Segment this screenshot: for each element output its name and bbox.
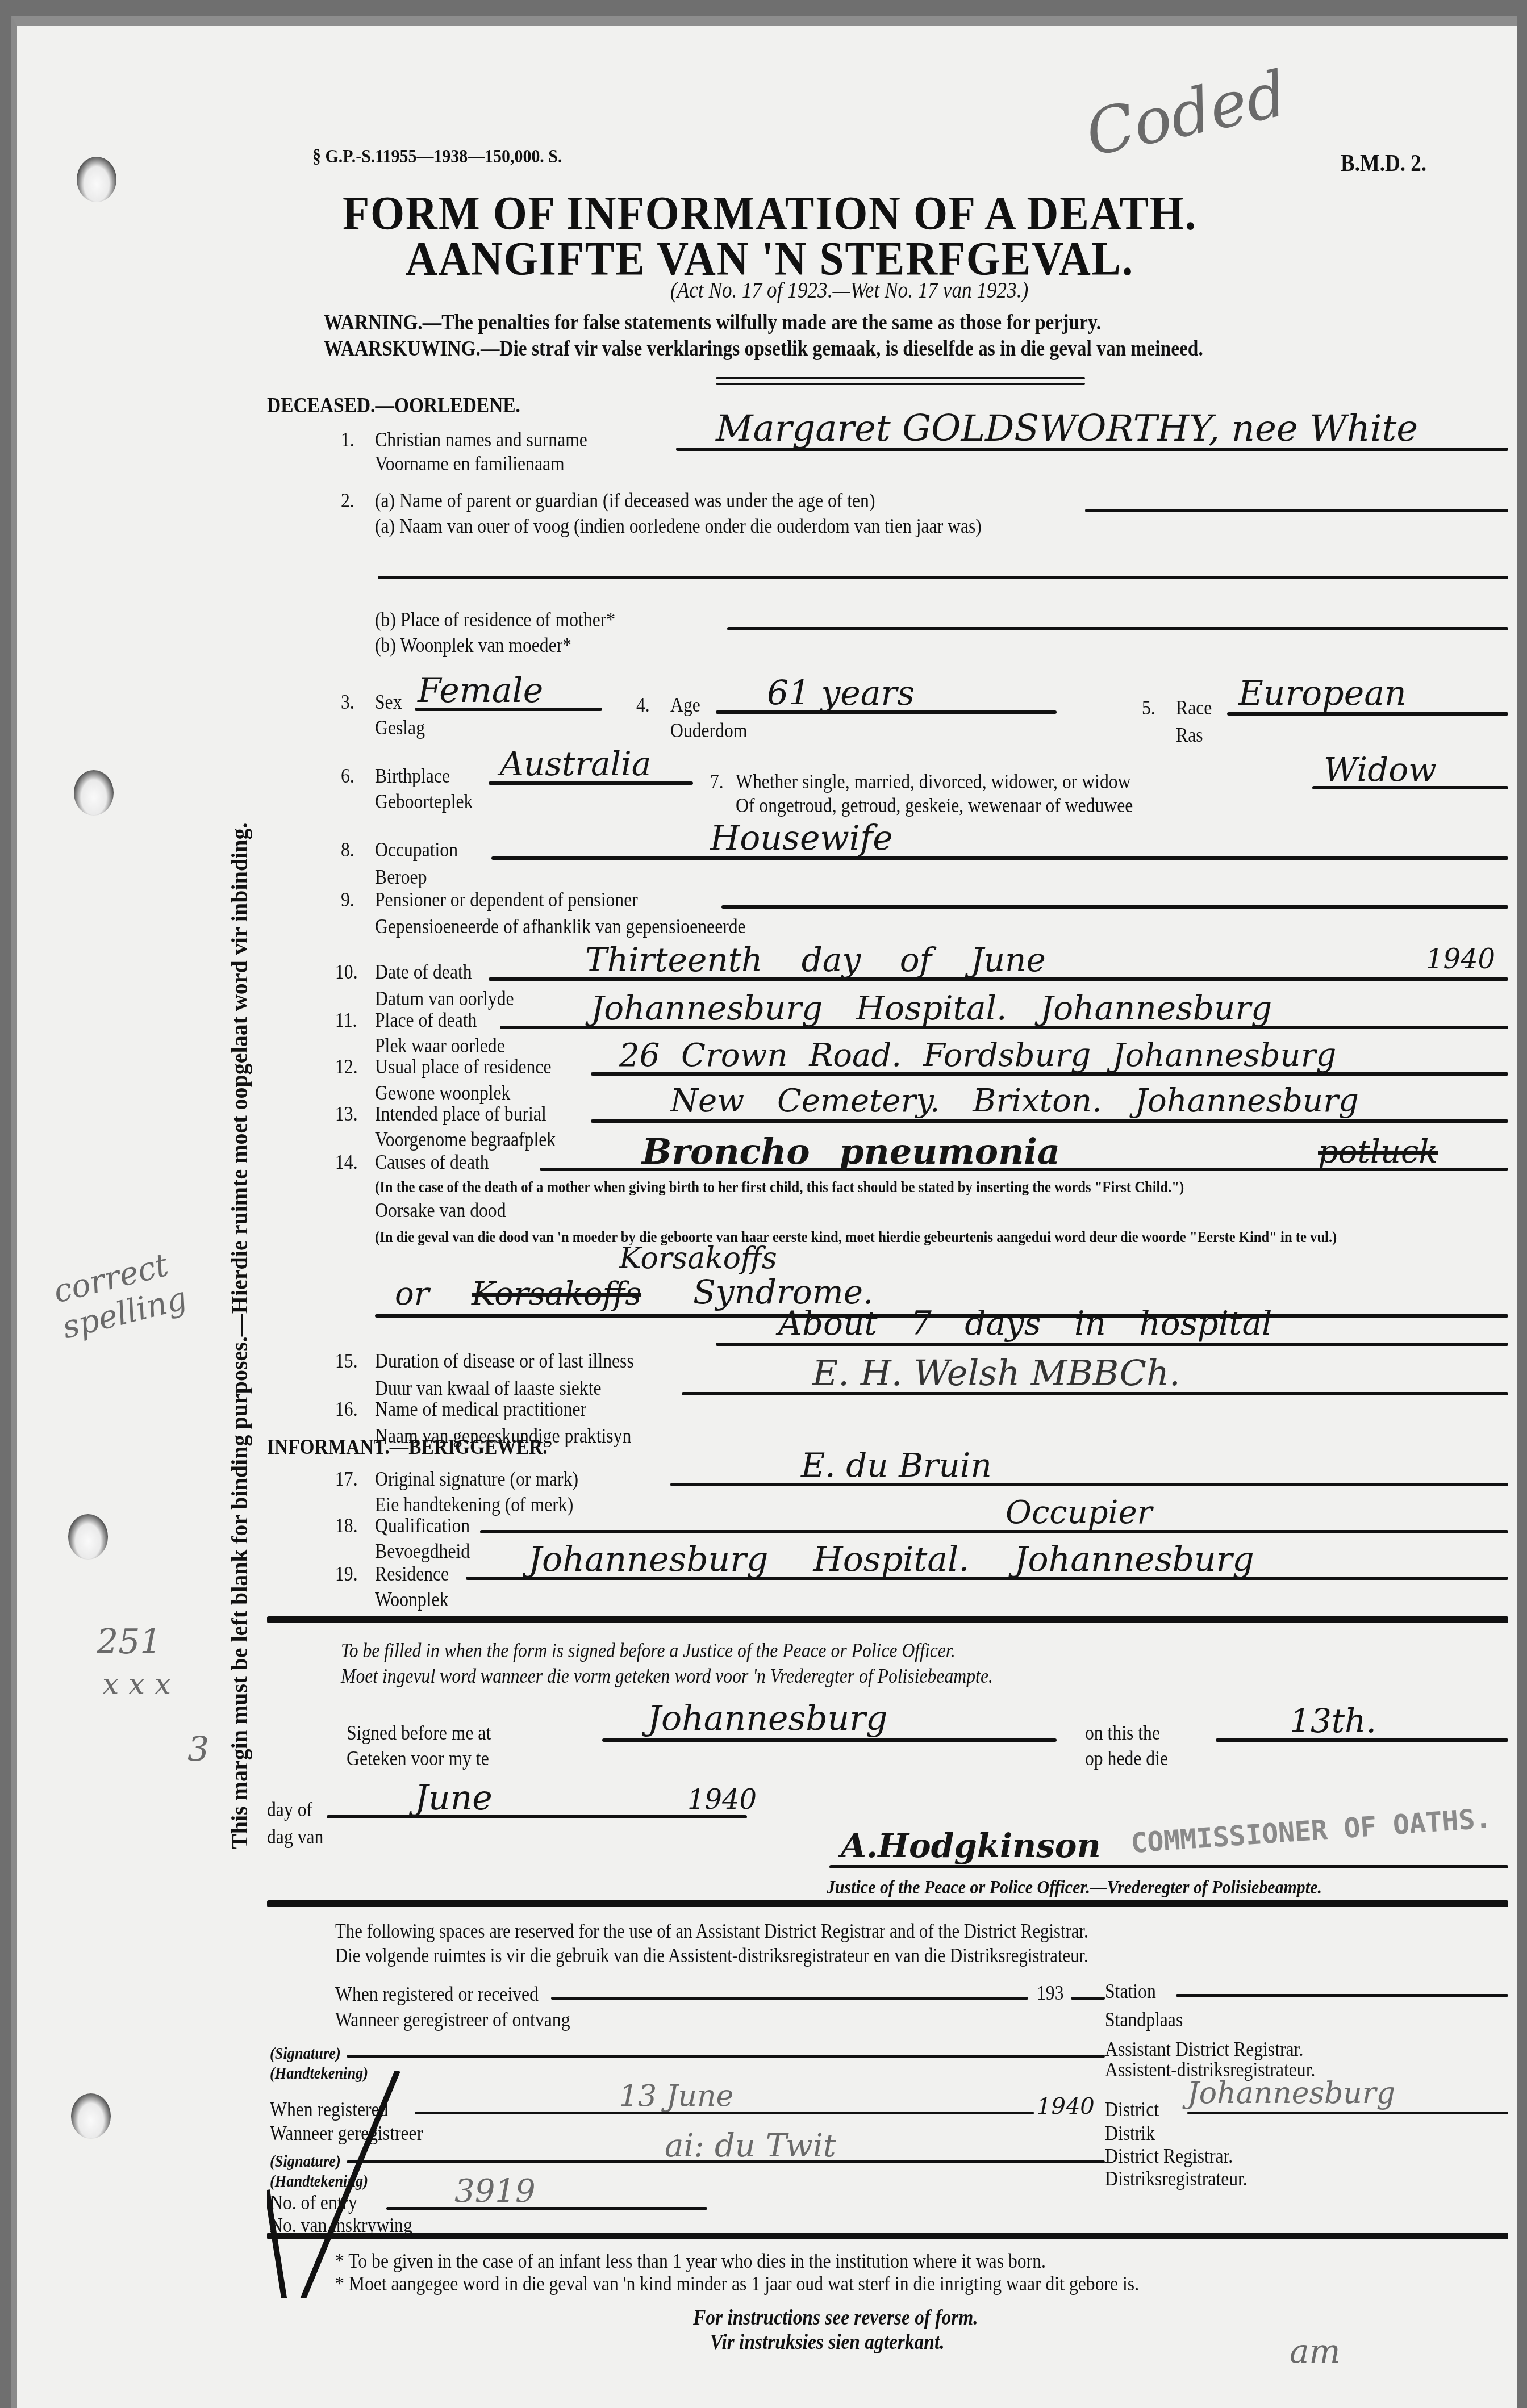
- value-date-of-death[interactable]: Thirteenth day of June: [585, 940, 1046, 979]
- label-date-of-death-en: Date of death: [375, 960, 472, 983]
- punch-hole-3: [68, 1514, 108, 1560]
- field-number: 14.: [335, 1151, 358, 1173]
- input-line: [1187, 2112, 1508, 2114]
- input-line: [727, 627, 1508, 630]
- value-registered-year[interactable]: 1940: [1037, 2093, 1095, 2119]
- section-divider: [267, 1616, 1508, 1623]
- label-race-en: Race: [1176, 696, 1212, 719]
- value-place-of-death[interactable]: Johannesburg Hospital. Johannesburg: [591, 989, 1272, 1027]
- punch-hole-2: [74, 770, 114, 816]
- infant-note-en: * To be given in the case of an infant l…: [335, 2250, 1046, 2272]
- label-pensioner-af: Gepensioeneerde of afhanklik van gepensi…: [375, 915, 746, 938]
- field-number: 11.: [335, 1009, 357, 1031]
- signature-line: [829, 1865, 1508, 1868]
- justice-caption: Justice of the Peace or Police Officer.—…: [827, 1876, 1322, 1899]
- section-divider: [267, 2233, 1508, 2239]
- label-informant-residence-en: Residence: [375, 1562, 449, 1585]
- infant-note-af: * Moet aangegee word in die geval van 'n…: [335, 2272, 1139, 2295]
- value-registered[interactable]: 13 June: [619, 2079, 733, 2113]
- label-burial-af: Voorgenome begraafplek: [375, 1128, 556, 1151]
- label-marital-en: Whether single, married, divorced, widow…: [736, 770, 1130, 793]
- label-signature-af: Eie handtekening (of merk): [375, 1493, 573, 1516]
- field-number: 6.: [341, 764, 354, 787]
- label-parent-af: (a) Naam van ouer of voog (indien oorled…: [375, 515, 982, 537]
- value-district[interactable]: Johannesburg: [1187, 2076, 1395, 2110]
- field-number: 4.: [636, 693, 650, 716]
- field-number: 17.: [335, 1468, 358, 1490]
- input-line: [378, 576, 1508, 579]
- label-race-af: Ras: [1176, 724, 1203, 746]
- registrar-note-en: The following spaces are reserved for th…: [335, 1920, 1088, 1943]
- field-number: 10.: [335, 960, 358, 983]
- field-number: 12.: [335, 1055, 358, 1078]
- divider: [716, 377, 1085, 379]
- label-birthplace-en: Birthplace: [375, 764, 450, 787]
- label-name-af: Voorname en familienaam: [375, 452, 565, 475]
- label-sex-af: Geslag: [375, 716, 425, 739]
- value-justice-year[interactable]: 1940: [687, 1784, 757, 1816]
- label-station-af: Standplaas: [1105, 2008, 1183, 2031]
- field-number: 1.: [341, 428, 354, 451]
- correct-spelling-note: correct spelling: [50, 1244, 189, 1346]
- instructions-en: For instructions see reverse of form.: [693, 2306, 978, 2329]
- input-line: [551, 1997, 1028, 2000]
- label-received-en: When registered or received: [335, 1983, 539, 2005]
- input-line: [1085, 509, 1508, 512]
- input-line: [480, 1530, 1508, 1533]
- label-day-of-af: dag van: [267, 1825, 323, 1848]
- label-age-en: Age: [670, 693, 700, 716]
- label-qualification-af: Bevoegdheid: [375, 1540, 470, 1562]
- print-code: § G.P.-S.11955—1938—150,000. S.: [312, 145, 562, 168]
- value-cause[interactable]: Broncho pneumonia: [642, 1131, 1060, 1172]
- label-birthplace-af: Geboorteplek: [375, 790, 473, 813]
- field-number: 16.: [335, 1398, 358, 1420]
- label-occupation-af: Beroep: [375, 866, 427, 888]
- cause-note-en: (In the case of the death of a mother wh…: [375, 1176, 1184, 1199]
- field-number: 7.: [710, 770, 724, 793]
- justice-signature[interactable]: A.Hodgkinson: [841, 1826, 1101, 1865]
- label-district-en: District: [1105, 2098, 1159, 2121]
- value-on-this[interactable]: 13th.: [1290, 1702, 1376, 1740]
- input-line: [602, 1738, 1057, 1742]
- label-pensioner-en: Pensioner or dependent of pensioner: [375, 888, 638, 911]
- label-residence-af: Gewone woonplek: [375, 1081, 510, 1104]
- value-day-of[interactable]: June: [415, 1778, 493, 1818]
- binding-margin-note: This margin must be left blank for bindi…: [226, 822, 253, 1849]
- label-signed-at-af: Geteken voor my te: [347, 1747, 489, 1770]
- value-occupation[interactable]: Housewife: [710, 818, 893, 858]
- field-number: 5.: [1142, 696, 1155, 719]
- input-line: [491, 856, 1508, 860]
- label-duration-af: Duur van kwaal of laaste siekte: [375, 1377, 602, 1399]
- section-divider: [267, 1900, 1508, 1907]
- act-reference: (Act No. 17 of 1923.—Wet No. 17 van 1923…: [670, 279, 1028, 302]
- punch-hole-bottom: [71, 2093, 111, 2139]
- label-age-af: Ouderdom: [670, 719, 747, 742]
- input-line: [347, 2055, 1105, 2058]
- value-cause-line2-struck[interactable]: Korsakoffs: [472, 1276, 641, 1312]
- input-line: [1071, 1997, 1105, 2000]
- label-burial-en: Intended place of burial: [375, 1102, 546, 1125]
- value-informant-residence[interactable]: Johannesburg Hospital. Johannesburg: [528, 1540, 1254, 1579]
- label-informant-residence-af: Woonplek: [375, 1588, 448, 1611]
- instructions-af: Vir instruksies sien agterkant.: [710, 2331, 945, 2353]
- cause-note-af: (In die geval van die dood van 'n moeder…: [375, 1229, 1475, 1246]
- initials: am: [1290, 2332, 1341, 2371]
- value-usual-residence[interactable]: 26 Crown Road. Fordsburg Johannesburg: [619, 1037, 1336, 1074]
- label-district-af: Distrik: [1105, 2122, 1155, 2144]
- coded-annotation: Coded: [1080, 57, 1293, 170]
- received-year-prefix: 193: [1037, 1981, 1064, 2004]
- input-line: [327, 1815, 747, 1818]
- label-district-registrar-en: District Registrar.: [1105, 2144, 1233, 2167]
- justice-note-en: To be filled in when the form is signed …: [341, 1639, 956, 1662]
- label-received-af: Wanneer geregistreer of ontvang: [335, 2008, 570, 2031]
- field-number: 18.: [335, 1514, 358, 1537]
- value-cause-inserted[interactable]: Korsakoffs: [619, 1241, 777, 1276]
- label-residence-en: Usual place of residence: [375, 1055, 551, 1078]
- field-number: 15.: [335, 1349, 358, 1372]
- input-line: [721, 905, 1508, 909]
- label-signed-at-en: Signed before me at: [347, 1721, 491, 1744]
- label-parent-en: (a) Name of parent or guardian (if decea…: [375, 489, 875, 512]
- label-cause-af: Oorsake van dood: [375, 1199, 506, 1222]
- label-occupation-en: Occupation: [375, 838, 458, 861]
- field-number: 8.: [341, 838, 354, 861]
- label-practitioner-en: Name of medical practitioner: [375, 1398, 586, 1420]
- input-line: [1176, 1994, 1508, 1997]
- field-number: 19.: [335, 1562, 358, 1585]
- label-sex-en: Sex: [375, 691, 402, 713]
- field-number: 2.: [341, 489, 354, 512]
- value-marital[interactable]: Widow: [1324, 750, 1437, 789]
- margin-three: 3: [187, 1730, 209, 1770]
- value-duration[interactable]: About 7 days in hospital: [778, 1304, 1272, 1343]
- input-line: [591, 1119, 1508, 1123]
- label-day-of-en: day of: [267, 1798, 312, 1821]
- label-on-this-af: op hede die: [1085, 1747, 1168, 1770]
- label-mother-residence-af: (b) Woonplek van moeder*: [375, 634, 571, 657]
- label-place-of-death-en: Place of death: [375, 1009, 477, 1031]
- margin-number: 251: [97, 1622, 162, 1662]
- field-number: 9.: [341, 888, 354, 911]
- value-burial[interactable]: New Cemetery. Brixton. Johannesburg: [670, 1082, 1359, 1119]
- label-mother-residence-en: (b) Place of residence of mother*: [375, 608, 615, 631]
- label-cause-en: Causes of death: [375, 1151, 489, 1173]
- label-duration-en: Duration of disease or of last illness: [375, 1349, 634, 1372]
- commissioner-stamp: COMMISSIONER OF OATHS.: [1130, 1803, 1492, 1859]
- value-sex[interactable]: Female: [418, 671, 543, 710]
- value-cause-line2-prefix[interactable]: or: [395, 1276, 429, 1312]
- justice-note-af: Moet ingevul word wanneer die vorm getek…: [341, 1665, 993, 1687]
- value-district-registrar-signature[interactable]: ai: du Twit: [665, 2127, 836, 2164]
- value-death-year[interactable]: 1940: [1426, 943, 1495, 975]
- input-line: [670, 1483, 1508, 1486]
- field-number: 13.: [335, 1102, 358, 1125]
- value-signed-at[interactable]: Johannesburg: [648, 1699, 887, 1738]
- value-age[interactable]: 61 years: [767, 674, 915, 713]
- divider: [716, 383, 1085, 385]
- value-birthplace[interactable]: Australia: [500, 745, 651, 783]
- value-informant-signature[interactable]: E. du Bruin: [801, 1446, 992, 1485]
- label-station-en: Station: [1105, 1980, 1156, 2003]
- label-marital-af: Of ongetroud, getroud, geskeie, wewenaar…: [736, 794, 1133, 817]
- label-place-of-death-af: Plek waar oorlede: [375, 1034, 505, 1057]
- label-signature-en: Original signature (or mark): [375, 1468, 578, 1490]
- form-page: § G.P.-S.11955—1938—150,000. S. B.M.D. 2…: [11, 16, 1517, 2408]
- field-number: 3.: [341, 691, 354, 713]
- registrar-note-af: Die volgende ruimtes is vir die gebruik …: [335, 1945, 1088, 1967]
- value-race[interactable]: European: [1238, 674, 1407, 713]
- warning-en: WARNING.—The penalties for false stateme…: [324, 311, 1101, 334]
- warning-af: WAARSKUWING.—Die straf vir valse verklar…: [324, 337, 1203, 360]
- value-cause-struck[interactable]: potluck: [1318, 1134, 1438, 1170]
- form-code: B.M.D. 2.: [1341, 152, 1426, 175]
- value-name[interactable]: Margaret GOLDSWORTHY, nee White: [716, 408, 1418, 450]
- section-deceased: DECEASED.—OORLEDENE.: [267, 394, 520, 417]
- value-qualification[interactable]: Occupier: [1006, 1494, 1152, 1531]
- label-signature-asst-en: (Signature): [270, 2042, 341, 2065]
- section-informant: INFORMANT.—BERIGGEWER.: [267, 1436, 548, 1458]
- input-line: [716, 1343, 1508, 1346]
- label-asst-registrar-en: Assistant District Registrar.: [1105, 2038, 1303, 2060]
- margin-marks: x x x: [102, 1667, 171, 1702]
- label-qualification-en: Qualification: [375, 1514, 470, 1537]
- label-date-of-death-af: Datum van oorlyde: [375, 987, 514, 1010]
- label-name-en: Christian names and surname: [375, 428, 587, 451]
- label-on-this-en: on this the: [1085, 1721, 1160, 1744]
- value-practitioner[interactable]: E. H. Welsh MBBCh.: [812, 1352, 1180, 1394]
- label-district-registrar-af: Distriksregistrateur.: [1105, 2167, 1248, 2190]
